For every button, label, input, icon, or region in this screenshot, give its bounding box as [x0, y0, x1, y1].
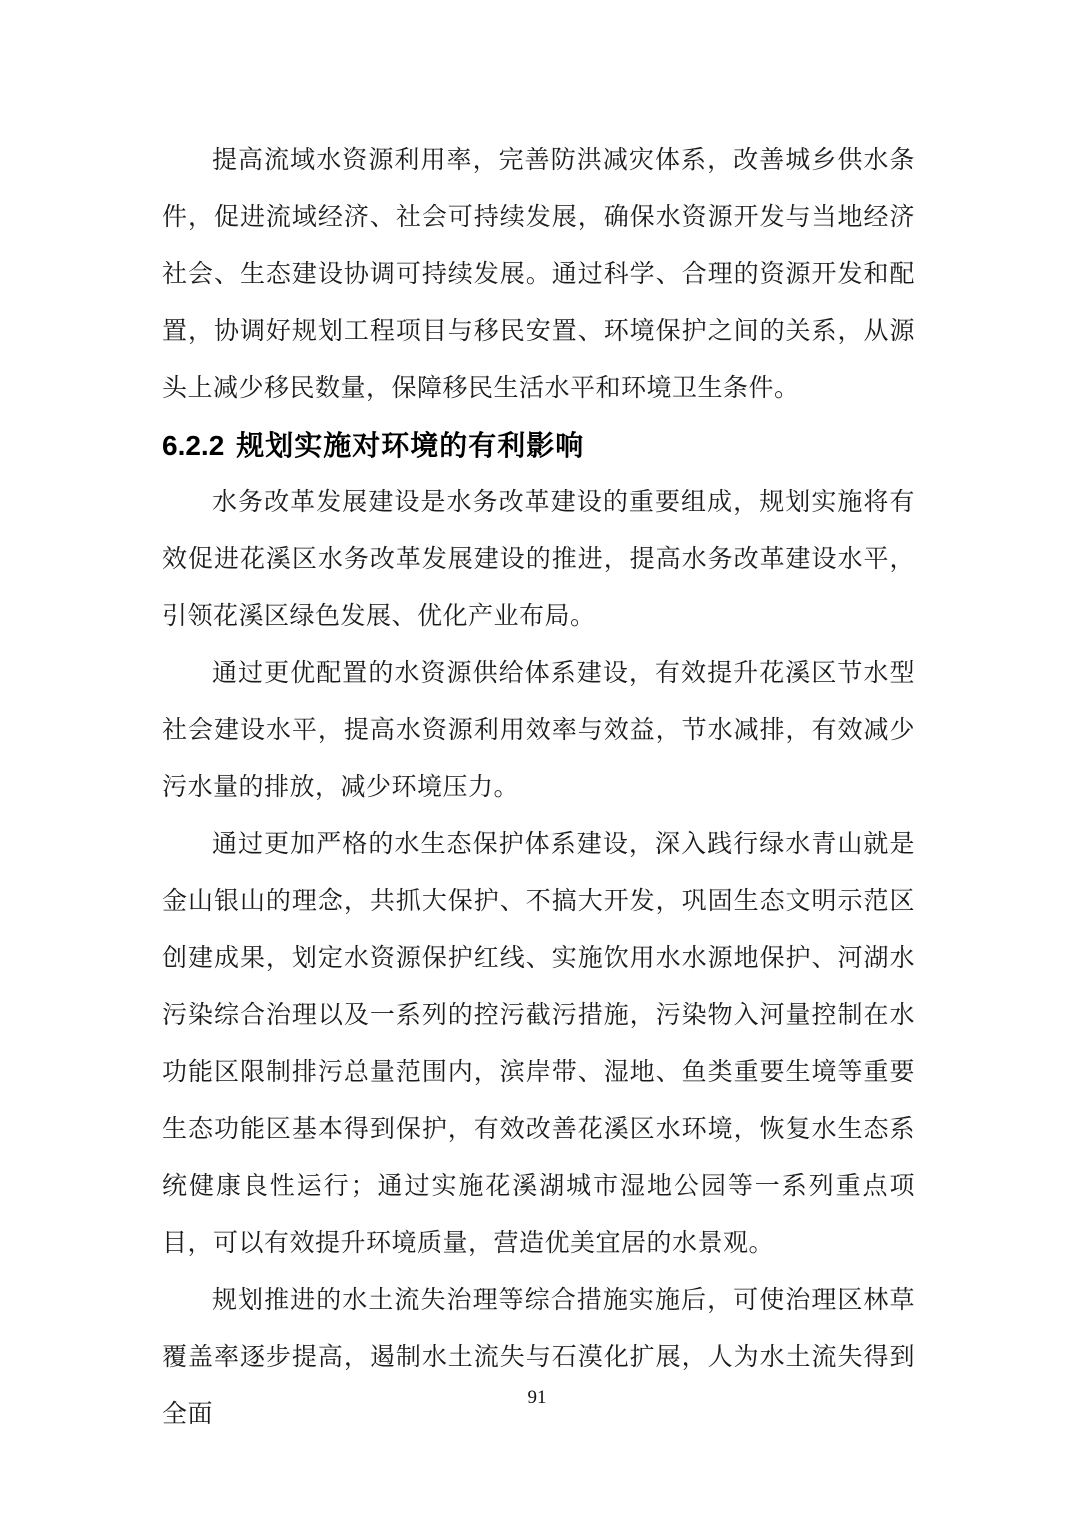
paragraph-soil-erosion-control: 规划推进的水土流失治理等综合措施实施后，可使治理区林草覆盖率逐步提高，遏制水土流… — [162, 1272, 915, 1443]
paragraph-water-reform: 水务改革发展建设是水务改革建设的重要组成，规划实施将有效促进花溪区水务改革发展建… — [162, 474, 915, 645]
paragraph-flood-control: 提高流域水资源利用率，完善防洪减灾体系，改善城乡供水条件，促进流域经济、社会可持… — [162, 132, 915, 417]
document-body: 提高流域水资源利用率，完善防洪减灾体系，改善城乡供水条件，促进流域经济、社会可持… — [162, 132, 915, 1443]
section-heading-number: 6.2.2 — [162, 430, 224, 461]
section-heading-title: 规划实施对环境的有利影响 — [236, 430, 584, 461]
section-heading-6-2-2: 6.2.2规划实施对环境的有利影响 — [162, 417, 915, 474]
paragraph-water-supply-system: 通过更优配置的水资源供给体系建设，有效提升花溪区节水型社会建设水平，提高水资源利… — [162, 645, 915, 816]
page-number: 91 — [0, 1384, 1074, 1412]
paragraph-ecological-protection: 通过更加严格的水生态保护体系建设，深入践行绿水青山就是金山银山的理念，共抓大保护… — [162, 816, 915, 1272]
document-page: 提高流域水资源利用率，完善防洪减灾体系，改善城乡供水条件，促进流域经济、社会可持… — [0, 0, 1074, 1520]
